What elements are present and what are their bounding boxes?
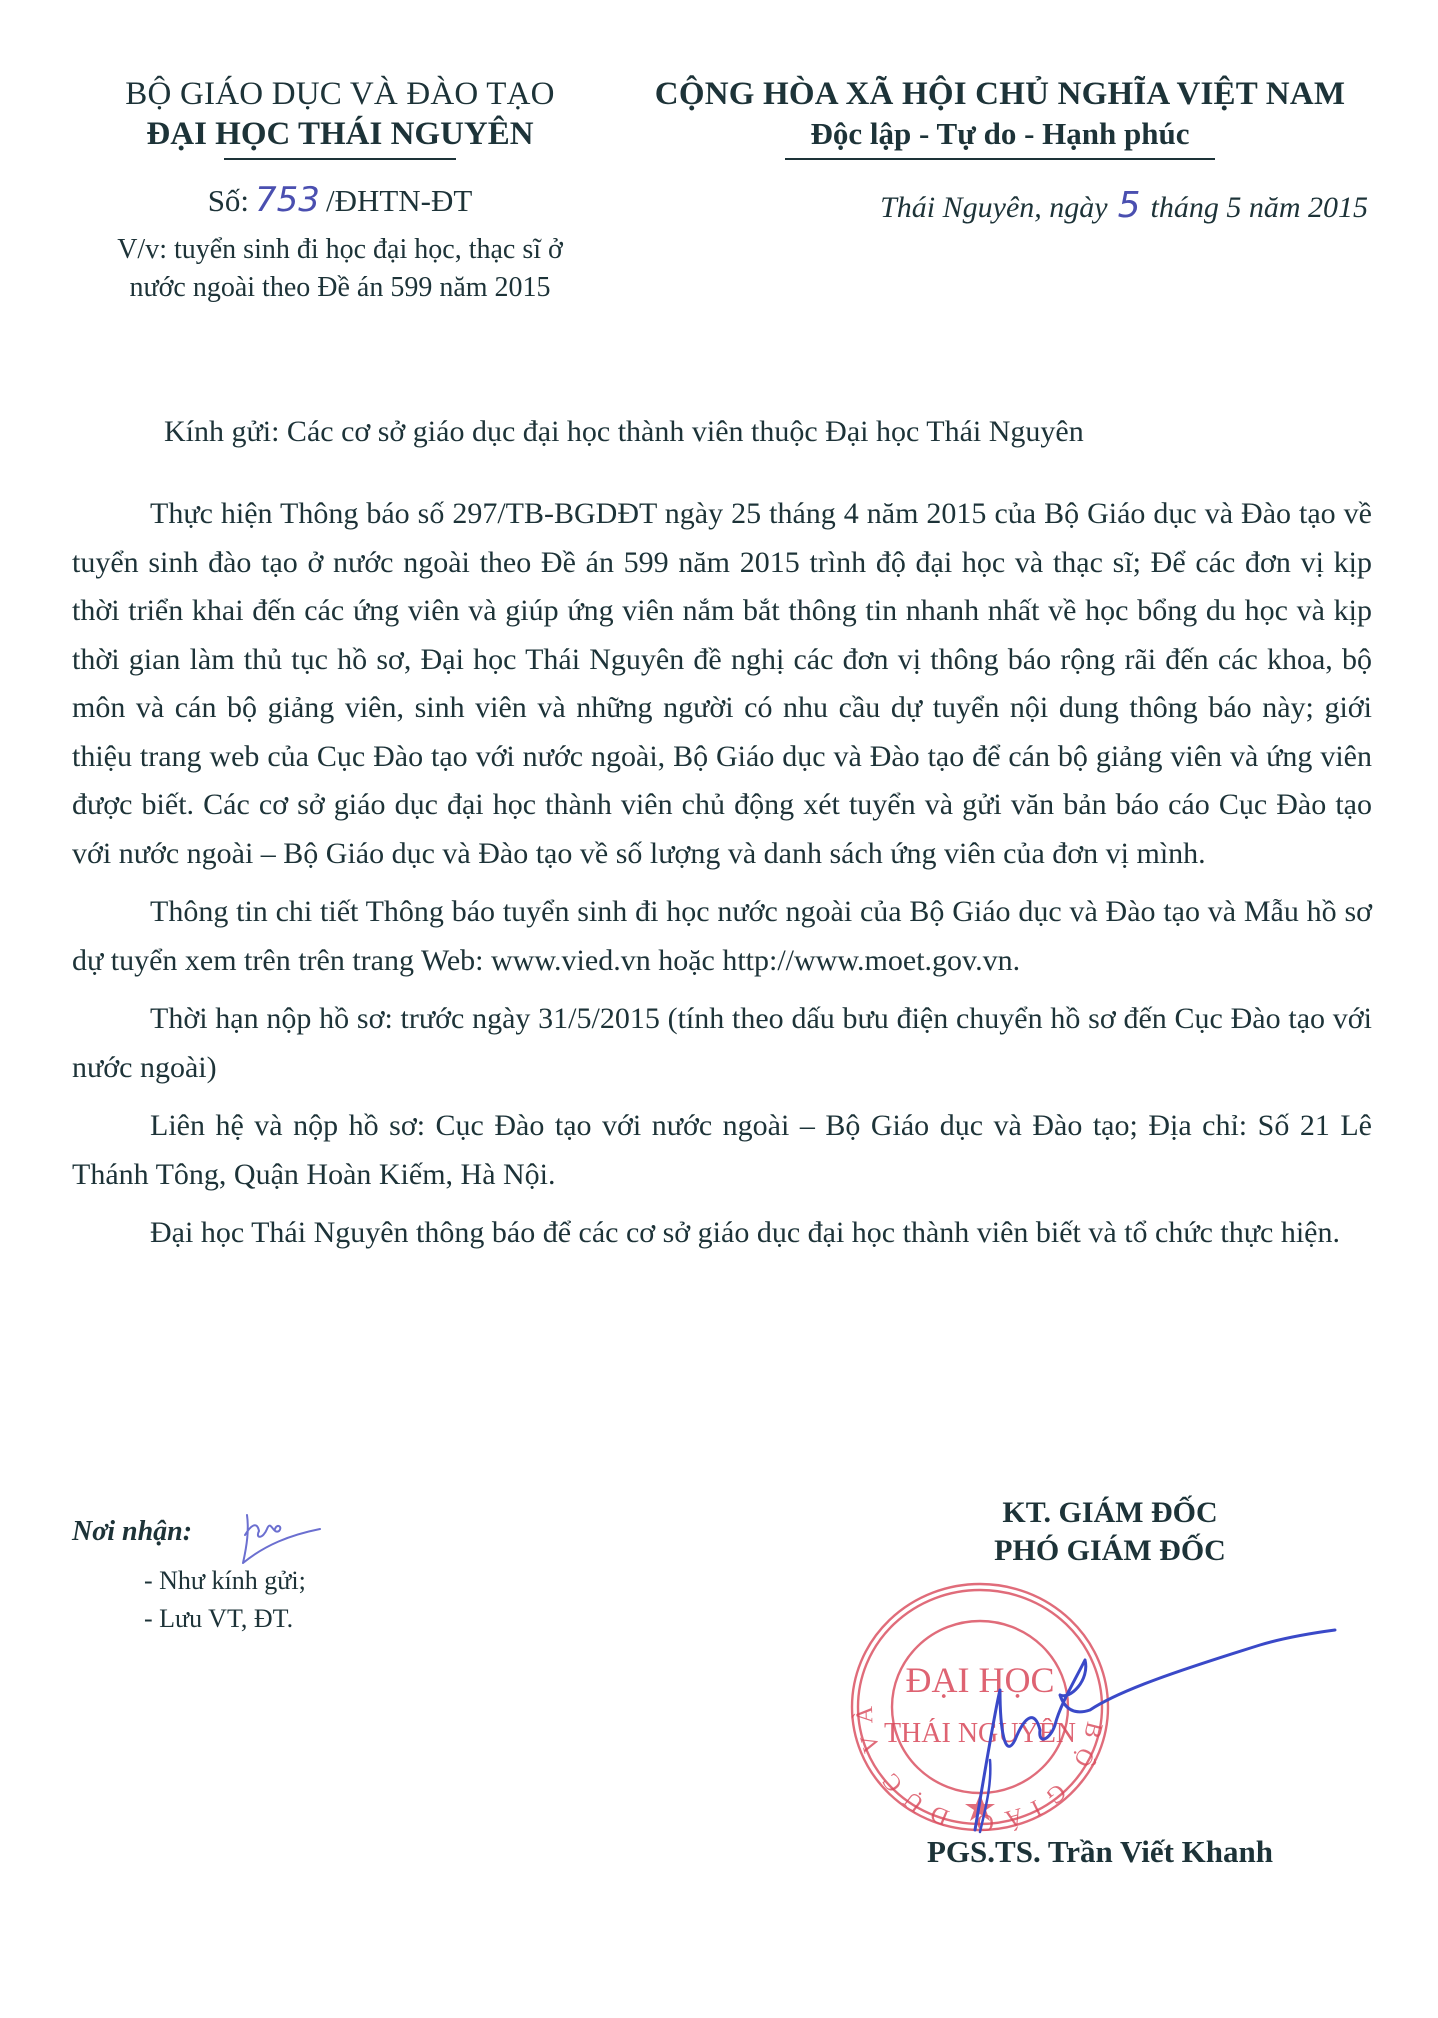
- document-number: Số:753/ĐHTN-ĐT: [80, 180, 600, 221]
- subject-line: V/v: tuyển sinh đi học đại học, thạc sĩ …: [80, 231, 600, 307]
- addressee: Kính gửi: Các cơ sở giáo dục đại học thà…: [164, 412, 1364, 452]
- date-day-handwritten: 5: [1108, 185, 1151, 226]
- motto-divider: [785, 158, 1215, 160]
- national-header: CỘNG HÒA XÃ HỘI CHỦ NGHĨA VIỆT NAM Độc l…: [620, 74, 1380, 228]
- national-motto: Độc lập - Tự do - Hạnh phúc: [620, 114, 1380, 154]
- doc-number-handwritten: 753: [249, 180, 326, 220]
- recipient-item: - Lưu VT, ĐT.: [144, 1600, 572, 1638]
- subject-line-1: V/v: tuyển sinh đi học đại học, thạc sĩ …: [80, 231, 600, 269]
- letter-body: Thực hiện Thông báo số 297/TB-BGDĐT ngày…: [72, 490, 1372, 1268]
- signer-name: PGS.TS. Trần Viết Khanh: [880, 1832, 1320, 1872]
- subject-line-2: nước ngoài theo Đề án 599 năm 2015: [80, 269, 600, 307]
- doc-number-prefix: Số:: [208, 183, 249, 218]
- nation-name: CỘNG HÒA XÃ HỘI CHỦ NGHĨA VIỆT NAM: [620, 74, 1380, 114]
- header-divider: [224, 158, 456, 160]
- signer-title-2: PHÓ GIÁM ĐỐC: [880, 1532, 1340, 1570]
- initials-mark-icon: [235, 1505, 325, 1580]
- recipient-item: - Như kính gửi;: [144, 1562, 572, 1600]
- university-name: ĐẠI HỌC THÁI NGUYÊN: [80, 114, 600, 154]
- handwritten-signature-icon: [960, 1620, 1340, 1845]
- body-paragraph: Đại học Thái Nguyên thông báo để các cơ …: [72, 1209, 1372, 1258]
- date-suffix: tháng 5 năm 2015: [1151, 191, 1369, 224]
- body-paragraph: Thông tin chi tiết Thông báo tuyển sinh …: [72, 888, 1372, 985]
- signer-title-1: KT. GIÁM ĐỐC: [880, 1494, 1340, 1532]
- signature-block: KT. GIÁM ĐỐC PHÓ GIÁM ĐỐC: [880, 1494, 1340, 1570]
- body-paragraph: Liên hệ và nộp hồ sơ: Cục Đào tạo với nư…: [72, 1102, 1372, 1199]
- issue-date: Thái Nguyên, ngày5tháng 5 năm 2015: [620, 186, 1380, 228]
- body-paragraph: Thời hạn nộp hồ sơ: trước ngày 31/5/2015…: [72, 995, 1372, 1092]
- date-prefix: Thái Nguyên, ngày: [880, 191, 1107, 224]
- ministry-name: BỘ GIÁO DỤC VÀ ĐÀO TẠO: [80, 74, 600, 114]
- doc-number-suffix: /ĐHTN-ĐT: [326, 183, 472, 218]
- issuer-header: BỘ GIÁO DỤC VÀ ĐÀO TẠO ĐẠI HỌC THÁI NGUY…: [80, 74, 600, 307]
- body-paragraph: Thực hiện Thông báo số 297/TB-BGDĐT ngày…: [72, 490, 1372, 878]
